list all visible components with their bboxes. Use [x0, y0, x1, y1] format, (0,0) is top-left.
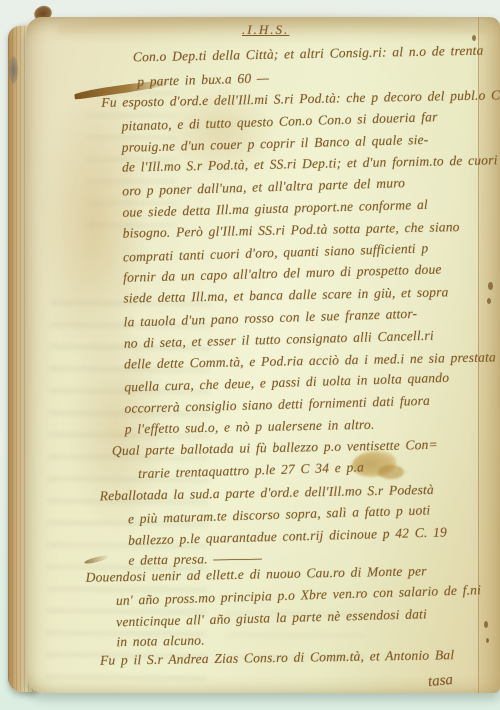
- catchword: tasa: [427, 672, 453, 691]
- paragraph-reballot: Reballotada la sud.a parte d'ord.e dell'…: [100, 480, 448, 571]
- manuscript-page: .I.H.S. Con.o Dep.ti della Città; et alt…: [26, 17, 500, 693]
- ihs-monogram: .I.H.S.: [242, 22, 289, 38]
- paragraph-proposal: Fu esposto d'ord.e dell'Ill.mi S.ri Pod.…: [101, 86, 500, 439]
- entry-heading: Con.o Dep.ti della Città; et altri Consi…: [133, 40, 484, 90]
- paragraph-ballot-result: Qual parte ballotada ui fù ballezzo p.o …: [112, 435, 438, 482]
- ink-speck: [486, 638, 489, 643]
- ink-speck: [484, 621, 488, 628]
- paragraph-election: Douendosi uenir ad ellett.e di nuouo Cau…: [86, 561, 482, 652]
- binding-fold-shadow: [9, 56, 18, 84]
- scan-background: .I.H.S. Con.o Dep.ti della Città; et alt…: [0, 0, 500, 710]
- signature-line: Fu p il S.r Andrea Zias Cons.ro di Comm.…: [100, 644, 455, 671]
